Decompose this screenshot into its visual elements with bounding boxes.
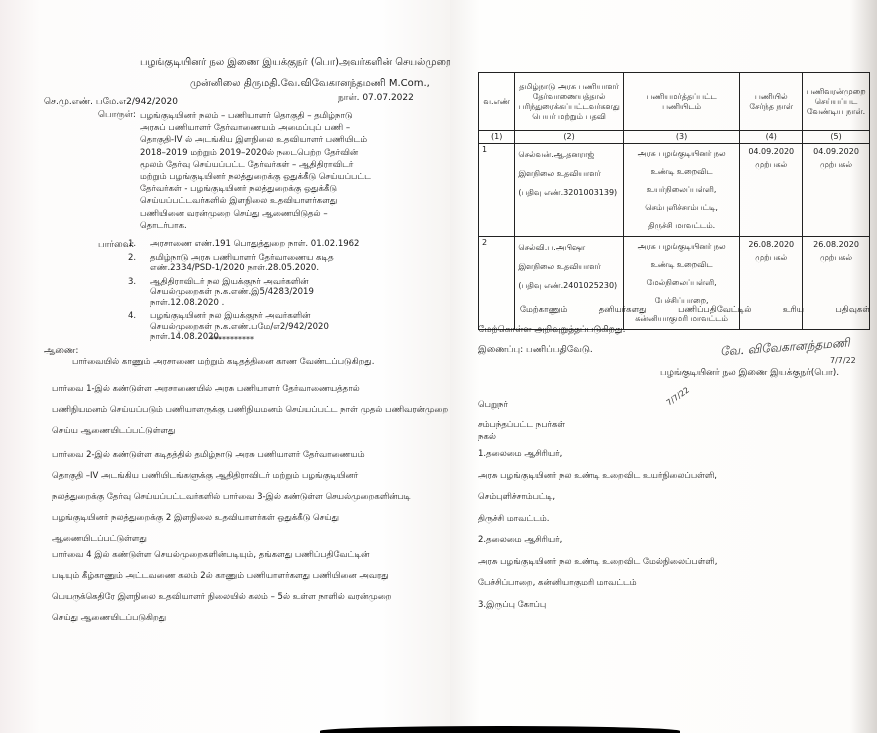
cell-line: அரசு பழங்குடியினர் நல: [627, 145, 737, 163]
order-line: செய்ய ஆணையிடப்பட்டுள்ளது: [52, 421, 420, 442]
col-number: (1): [479, 131, 515, 144]
reference-item: 3.ஆதிதிராவிடர் நல இயக்குநர் அவர்களின்செய…: [128, 277, 328, 309]
subject-line: மற்றும் பழங்குடியினர் நலத்துறைக்கு ஒதுக்…: [140, 171, 318, 183]
scan-shadow: [320, 726, 680, 733]
reference-number: 3.: [128, 277, 150, 309]
note-word: தனியர்களது: [599, 305, 647, 316]
cell-line: செல்வி.ப.அபிஷா: [518, 238, 619, 257]
left-page: பழங்குடியினர் நல இணை இயக்குநர் (பொ)அவர்க…: [0, 0, 450, 733]
reference-line: ஆதிதிராவிடர் நல இயக்குநர் அவர்களின்: [150, 277, 314, 288]
copy-recipient-line: 3.இருப்பு கோப்பு: [478, 595, 717, 617]
cell-line: முற்பகல்: [743, 251, 799, 264]
reference-item: 2.தமிழ்நாடு அரசு பணியாளர் தேர்வாணைய கடித…: [128, 253, 328, 274]
cell-line: திருச்சி மாவட்டம்.: [627, 217, 737, 235]
order-paragraph-2: பார்வை 1-இல் கண்டுள்ள அரசாணையில் அரசு பண…: [52, 379, 420, 442]
subject-line: அரசுப் பணியாளர் தேர்வாணையம் அமைப்புப் பண…: [140, 122, 318, 134]
order-line: பணிநியமனம் செய்யப்படும் பணியாளருக்கு பணி…: [52, 400, 420, 421]
reference-number: 4.: [128, 311, 150, 343]
col-header-place: பணியமர்த்தப்பட்ட பணியிடம்: [623, 73, 740, 131]
subject-line: பழங்குடியினர் நலம் – பணியாளர் தொகுதி – த…: [140, 110, 318, 122]
order-paragraph-4: பார்வை 4 இல் கண்டுள்ள செயல்முறைகளின்படிய…: [52, 545, 420, 629]
order-line: படியும் கீழ்காணும் அட்டவணை கலம் 2ல் காணு…: [52, 566, 420, 587]
copy-recipient-line: பேச்சிப்பாறை, கன்னியாகுமரி மாவட்டம்: [478, 573, 717, 595]
cell-sno: 1: [479, 144, 515, 237]
order-date: நாள். 07.07.2022: [338, 93, 414, 104]
subject-label: பொருள்:: [98, 110, 136, 121]
subject-text: பழங்குடியினர் நலம் – பணியாளர் தொகுதி – த…: [140, 110, 318, 232]
reference-line: செயல்முறைகள் ந.க.எண்.பமே/எ2/942/2020: [150, 322, 329, 333]
order-line: தொகுதி –IV அடங்கிய பணியிடங்களுக்கு ஆதிதி…: [52, 466, 420, 487]
signer-designation: பழங்குடியினர் நல இணை இயக்குநர்(பொ).: [660, 368, 839, 379]
references-list: 1.அரசாணை எண்.191 பொதுத்துறை நாள். 01.02.…: [128, 239, 328, 346]
order-line: பார்வை 1-இல் கண்டுள்ள அரசாணையில் அரசு பண…: [52, 379, 420, 400]
col-number: (4): [740, 131, 803, 144]
copy-label: நகல்: [478, 432, 496, 443]
table-row: 1செல்வன்.ஆ.தனராஜ்இளநிலை உதவியாளர்(பதிவு …: [479, 144, 870, 237]
order-line: பெயருக்கெதிரே இளநிலை உதவியாளர் நிலையில் …: [52, 587, 420, 608]
copy-recipient-line: அரசு பழங்குடியினர் நல உண்டி உறைவிட உயர்ந…: [478, 466, 717, 488]
reference-line: தமிழ்நாடு அரசு பணியாளர் தேர்வாணைய கடித: [150, 253, 334, 264]
cell-line: உண்டி உறைவிட: [627, 256, 737, 274]
cell-line: முற்பகல்: [806, 158, 866, 171]
order-line: பார்வையில் காணும் அரசாணை மற்றும் கடிதத்த…: [72, 352, 440, 373]
cell-line: (பதிவு எண்.2401025230): [518, 276, 619, 295]
cell-line: 04.09.2020: [806, 145, 866, 158]
cell-line: உண்டி உறைவிட: [627, 163, 737, 181]
note-word: பதிவுகள்: [835, 305, 870, 316]
subject-line: 2018–2019 மற்றும் 2019–2020ல் நடைபெற்ற த…: [140, 147, 318, 159]
cell-name: செல்வன்.ஆ.தனராஜ்இளநிலை உதவியாளர்(பதிவு எ…: [515, 144, 623, 237]
cell-line: முற்பகல்: [743, 158, 799, 171]
reference-line: அரசாணை எண்.191 பொதுத்துறை நாள். 01.02.19…: [150, 239, 359, 250]
subject-line: தேர்வர்கள் - பழங்குடியினர் நலத்துறைக்கு …: [140, 183, 318, 195]
note-word: பணிப்பதிவேட்டில்: [678, 305, 751, 316]
reference-line: நாள்.12.08.2020 .: [150, 298, 314, 309]
order-line: பார்வை 2-இல் கண்டுள்ள கடிதத்தில் தமிழ்நா…: [52, 445, 420, 466]
cell-line: செம்புளிச்சாம்பட்டி,: [627, 199, 737, 217]
to-label: பெறுநர்: [478, 400, 508, 411]
col-number: (5): [803, 131, 870, 144]
copy-recipient-line: 2.தலைமை ஆசிரியர்,: [478, 530, 717, 552]
order-line: செய்து ஆணையிடப்படுகிறது: [52, 608, 420, 629]
cell-line: (பதிவு எண்.3201003139): [518, 183, 619, 202]
subject-line: தொடர்பாக.: [140, 220, 318, 232]
copy-recipient-line: திருச்சி மாவட்டம்.: [478, 509, 717, 531]
to-recipients: சம்பந்தப்பட்ட நபர்கள்: [478, 420, 565, 431]
reference-item: 1.அரசாணை எண்.191 பொதுத்துறை நாள். 01.02.…: [128, 239, 328, 250]
copy-recipient-line: அரசு பழங்குடியினர் நல உண்டி உறைவிட மேல்ந…: [478, 552, 717, 574]
copy-recipient-line: 1.தலைமை ஆசிரியர்,: [478, 444, 717, 466]
order-line: நலத்துறைக்கு தேர்வு செய்யப்பட்டவர்களில் …: [52, 487, 420, 508]
cell-line: 26.08.2020: [743, 238, 799, 251]
cell-line: 04.09.2020: [743, 145, 799, 158]
col-header-regularize: பணிவரன்முறை செய்யப்பட வேண்டிய நாள்.: [803, 73, 870, 131]
subject-line: செய்யப்பட்டவர்களில் இளநிலை உதவியாளர்களது: [140, 195, 318, 207]
cell-line: அரசு பழங்குடியினர் நல: [627, 238, 737, 256]
reference-number: 1.: [128, 239, 150, 250]
order-line: பழங்குடியினர் நலத்துறைக்கு 2 இளநிலை உதவி…: [52, 508, 420, 529]
cell-joined: 04.09.2020முற்பகல்: [740, 144, 803, 237]
closing-note: மேற்காணும்தனியர்களதுபணிப்பதிவேட்டில்உரிய…: [520, 305, 870, 316]
copy-recipient-line: செம்புளிச்சாம்பட்டி,: [478, 487, 717, 509]
note-word: உரிய: [783, 305, 804, 316]
reference-number: செ.மு.எண். பமே.எ2/942/2020: [44, 97, 178, 108]
reference-line: எண்.2334/PSD-1/2020 நாள்.28.05.2020.: [150, 263, 334, 274]
schedule-table: வ.எண் தமிழ்நாடு அரசு பணியாளர் தேர்வாணையத…: [478, 72, 870, 330]
subject-line: பணியினை வரன்முறை செய்து ஆணையிடுதல் –: [140, 208, 318, 220]
reference-line: பழங்குடியினர் நல இயக்குநர் அவர்களின்: [150, 311, 329, 322]
cell-sno: 2: [479, 237, 515, 330]
cell-line: 26.08.2020: [806, 238, 866, 251]
cell-regularize: 04.09.2020முற்பகல்: [803, 144, 870, 237]
cell-line: முற்பகல்: [806, 251, 866, 264]
separator: ***********: [210, 334, 254, 345]
closing-note-line2: மேற்கொள்ள அறிவுறுத்தப்படுகிறது.: [478, 325, 626, 336]
order-paragraph-3: பார்வை 2-இல் கண்டுள்ள கடிதத்தில் தமிழ்நா…: [52, 445, 420, 550]
order-line: பார்வை 4 இல் கண்டுள்ள செயல்முறைகளின்படிய…: [52, 545, 420, 566]
col-header-joined: பணியில் சேர்ந்த நாள்: [740, 73, 803, 131]
reference-number: 2.: [128, 253, 150, 274]
presence-line: முன்னிலை திருமதி.வே.விவேகானந்தமணி M.Com.…: [190, 78, 430, 89]
col-header-sno: வ.எண்: [479, 73, 515, 131]
cell-line: 2: [482, 238, 511, 247]
col-number: (2): [515, 131, 623, 144]
cell-line: 1: [482, 145, 511, 154]
cell-line: உயர்நிலைப்பள்ளி,: [627, 181, 737, 199]
cell-line: இளநிலை உதவியாளர்: [518, 164, 619, 183]
cell-line: செல்வன்.ஆ.தனராஜ்: [518, 145, 619, 164]
note-word: மேற்காணும்: [520, 305, 567, 316]
subject-line: மூலம் தேர்வு செய்யப்பட்ட தேர்வர்கள் – ஆத…: [140, 159, 318, 171]
cell-place: அரசு பழங்குடியினர் நலஉண்டி உறைவிடஉயர்நில…: [623, 144, 740, 237]
copy-recipients: 1.தலைமை ஆசிரியர்,அரசு பழங்குடியினர் நல உ…: [478, 444, 717, 616]
table-header-row: வ.எண் தமிழ்நாடு அரசு பணியாளர் தேர்வாணையத…: [479, 73, 870, 131]
office-header: பழங்குடியினர் நல இணை இயக்குநர் (பொ)அவர்க…: [140, 57, 440, 68]
order-paragraph-1: பார்வையில் காணும் அரசாணை மற்றும் கடிதத்த…: [72, 352, 440, 373]
cell-line: மேல்நிலைப்பள்ளி,: [627, 274, 737, 292]
col-number: (3): [623, 131, 740, 144]
column-number-row: (1) (2) (3) (4) (5): [479, 131, 870, 144]
reference-line: செயல்முறைகள் ந.க.எண்.இ5/4283/2019: [150, 287, 314, 298]
col-header-name: தமிழ்நாடு அரசு பணியாளர் தேர்வாணையத்தால் …: [515, 73, 623, 131]
cell-line: இளநிலை உதவியாளர்: [518, 257, 619, 276]
enclosure: இணைப்பு: பணிப்பதிவேடு.: [478, 345, 593, 356]
subject-line: தொகுதி-IV ல் அடங்கிய இளநிலை உதவியாளர் பண…: [140, 134, 318, 146]
signature-date: 7/7/22: [830, 356, 856, 365]
